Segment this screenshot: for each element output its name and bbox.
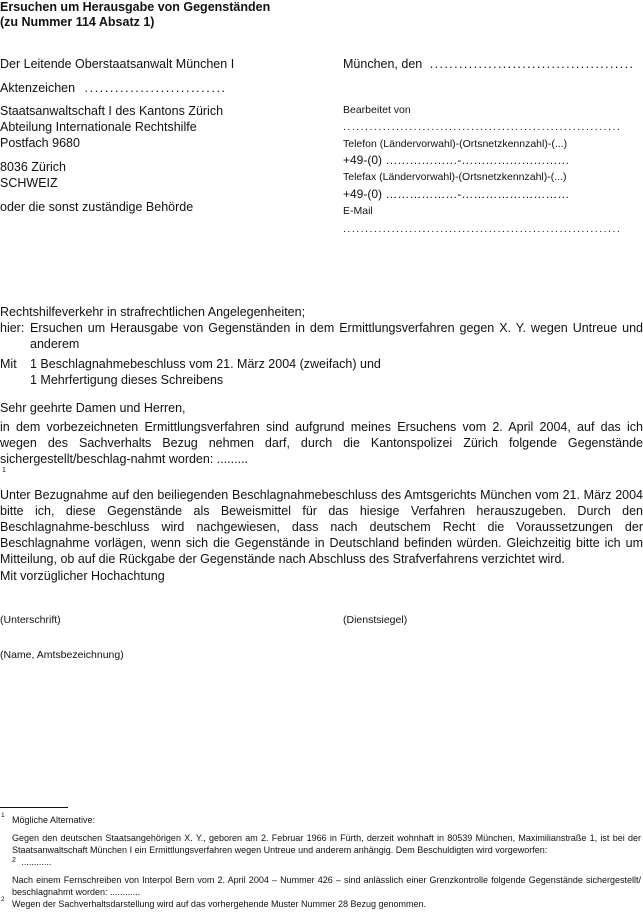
mit-label: Mit <box>0 356 17 372</box>
recipient-line-1: Staatsanwaltschaft I des Kantons Zürich <box>0 103 223 119</box>
reference-field: Aktenzeichen ...........................… <box>0 80 227 96</box>
document-title: Ersuchen um Herausgabe von Gegenständen <box>0 0 270 15</box>
handled-by-label: Bearbeitet von <box>343 103 411 117</box>
fax-label: Telefax (Ländervorwahl)-(Ortsnetzkennzah… <box>343 170 567 184</box>
signature-label: (Unterschrift) <box>0 613 61 627</box>
body-paragraph-1: in dem vorbezeichneten Ermittlungsverfah… <box>0 419 643 467</box>
fn1-marker: 1 <box>1 812 5 820</box>
fn1-inner-dots: ............ <box>21 857 51 867</box>
email-dots: ........................................… <box>343 222 621 236</box>
fax-value: +49-(0) ………………-……………………… <box>343 186 569 202</box>
place-date-field: München, den ...........................… <box>343 56 634 72</box>
recipient-country: SCHWEIZ <box>0 175 58 191</box>
salutation: Sehr geehrte Damen und Herren, <box>0 400 186 416</box>
fn1-inner-line: 2 ............ <box>12 856 51 868</box>
hier-text: Ersuchen um Herausgabe von Gegenständen … <box>30 320 643 352</box>
body-paragraph-2: Unter Bezugnahme auf den beiliegenden Be… <box>0 487 643 567</box>
footnote-divider <box>0 807 68 808</box>
sender-authority: Der Leitende Oberstaatsanwalt München I <box>0 56 234 72</box>
hier-label: hier: <box>0 320 24 336</box>
document-subtitle: (zu Nummer 114 Absatz 1) <box>0 15 154 30</box>
reference-dots: ............................ <box>85 81 227 95</box>
phone-label: Telefon (Ländervorwahl)-(Ortsnetzkennzah… <box>343 137 567 151</box>
email-label: E-Mail <box>343 204 373 218</box>
handled-by-dots: ........................................… <box>343 120 621 134</box>
place-date-label: München, den <box>343 57 422 71</box>
phone-value: +49-(0) ………………-……………………… <box>343 152 569 168</box>
fn1-title: Mögliche Alternative: <box>12 814 95 826</box>
enclosure-2: 1 Mehrfertigung dieses Schreibens <box>30 372 223 388</box>
enclosure-1: 1 Beschlagnahmebeschluss vom 21. März 20… <box>30 356 381 372</box>
footnote-marker-1: 1 <box>2 466 6 475</box>
reference-label: Aktenzeichen <box>0 81 75 95</box>
fn2-marker: 2 <box>1 896 5 904</box>
fn1-text: Gegen den deutschen Staatsangehörigen X.… <box>12 832 641 856</box>
recipient-line-2: Abteilung Internationale Rechtshilfe <box>0 119 197 135</box>
place-date-dots: ........................................… <box>430 57 635 71</box>
fn1-inner-marker: 2 <box>12 857 16 864</box>
seal-label: (Dienstsiegel) <box>343 613 407 627</box>
subject-line: Rechtshilfeverkehr in strafrechtlichen A… <box>0 304 305 320</box>
fn1-text-2: Nach einem Fernschreiben von Interpol Be… <box>12 874 641 898</box>
fn2-text: Wegen der Sachverhaltsdarstellung wird a… <box>12 898 426 910</box>
recipient-alternative: oder die sonst zuständige Behörde <box>0 199 193 215</box>
closing: Mit vorzüglicher Hochachtung <box>0 568 165 584</box>
name-label: (Name, Amtsbezeichnung) <box>0 648 124 662</box>
recipient-line-3: Postfach 9680 <box>0 135 80 151</box>
recipient-city: 8036 Zürich <box>0 159 66 175</box>
